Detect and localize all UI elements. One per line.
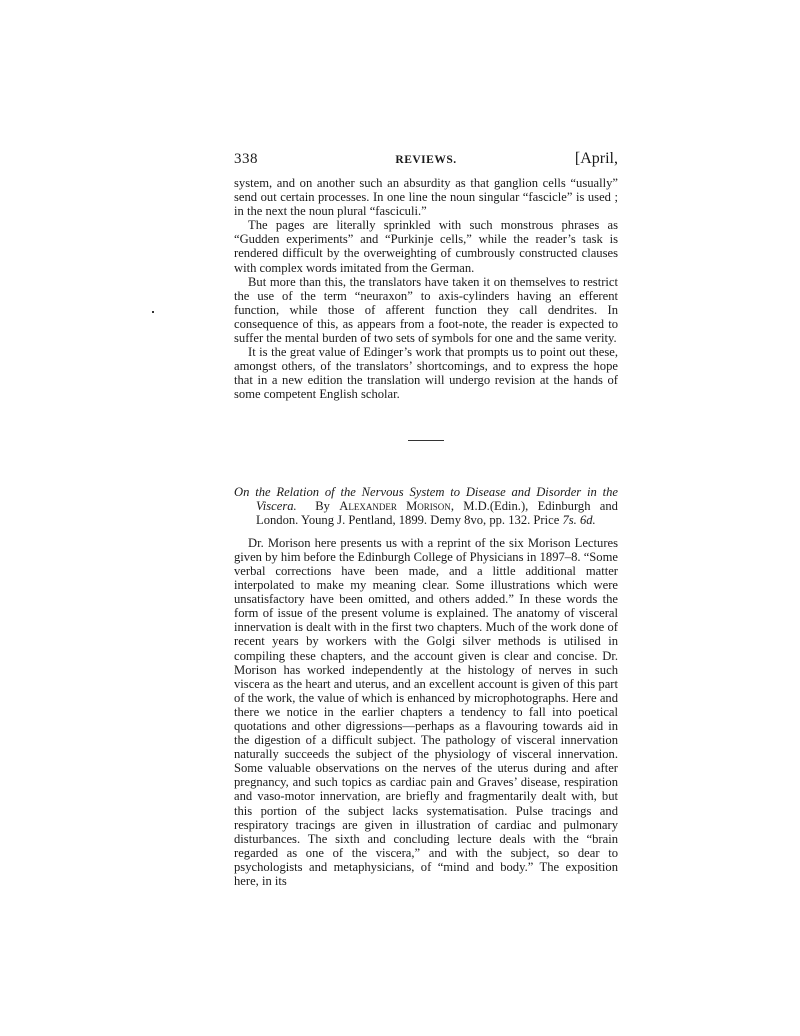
by-label: By xyxy=(315,499,330,513)
section-title: REVIEWS. xyxy=(234,149,618,171)
review-body: Dr. Morison here presents us with a repr… xyxy=(234,536,618,888)
section-divider xyxy=(408,440,444,441)
previous-review: system, and on another such an absurdity… xyxy=(234,176,618,402)
scan-speck xyxy=(152,311,154,313)
book-page: 338 REVIEWS. [April, system, and on anot… xyxy=(234,148,618,888)
book-author: Alexander Morison xyxy=(339,499,451,513)
paragraph: Dr. Morison here presents us with a repr… xyxy=(234,536,618,888)
running-head: 338 REVIEWS. [April, xyxy=(234,148,618,170)
review-citation: On the Relation of the Nervous System to… xyxy=(234,485,618,527)
paragraph: But more than this, the translators have… xyxy=(234,275,618,345)
paragraph: The pages are literally sprinkled with s… xyxy=(234,218,618,274)
paragraph: It is the great value of Edinger’s work … xyxy=(234,345,618,401)
paragraph: system, and on another such an absurdity… xyxy=(234,176,618,218)
issue-month: [April, xyxy=(575,148,618,170)
book-price: 7s. 6d. xyxy=(562,513,595,527)
